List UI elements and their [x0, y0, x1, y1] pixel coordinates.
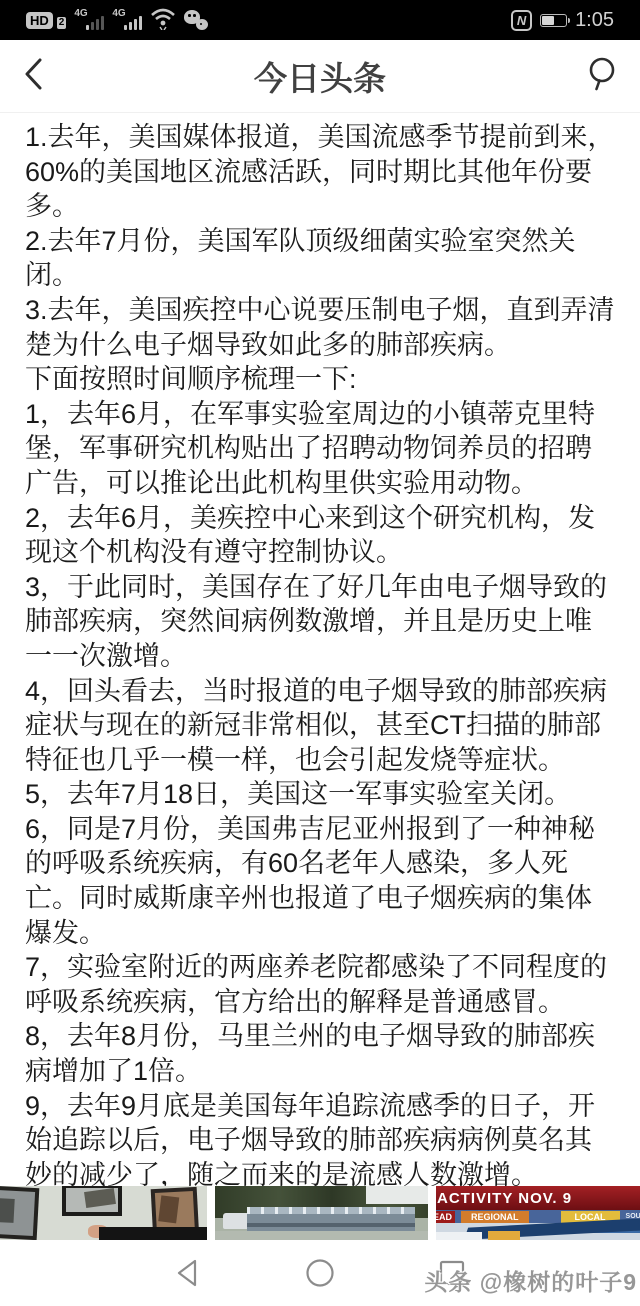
page-title: 今日头条 — [0, 53, 640, 100]
signal-strength-icon-sim2: 4G — [112, 8, 142, 32]
nfc-icon: N — [511, 10, 532, 31]
toutiao-watermark: 头条 @橡树的叶子9 — [424, 1264, 637, 1297]
phone-screen: HD 2 4G 4G — [0, 0, 640, 1306]
status-bar-right: N 1:05 — [511, 9, 614, 32]
picture-frame — [62, 1186, 122, 1216]
article-paragraph: 7，实验室附近的两座养老院都感染了不同程度的呼吸系统疾病，官方给出的解释是普通感… — [25, 950, 617, 1019]
spread-label: EAD — [436, 1211, 455, 1223]
nav-home-icon[interactable] — [305, 1258, 335, 1288]
article-paragraph: 下面按照时间顺序梳理一下: — [25, 362, 617, 397]
article-paragraph: 1，去年6月，在军事实验室周边的小镇蒂克里特堡，军事研究机构贴出了招聘动物饲养员… — [25, 397, 617, 501]
status-bar-left: HD 2 4G 4G — [26, 6, 208, 35]
article-paragraph: 3.去年，美国疾控中心说要压制电子烟，直到弄清楚为什么电子烟导致如此多的肺部疾病… — [25, 293, 617, 362]
battery-icon — [540, 14, 567, 27]
lab-building — [247, 1207, 415, 1231]
nav-back-icon[interactable] — [173, 1258, 203, 1288]
desk-shape — [99, 1227, 207, 1240]
picture-frame — [0, 1186, 39, 1240]
thumbnail-strip: ACTIVITY NOV. 9 EAD REGIONAL LOCAL SOURC — [0, 1186, 640, 1240]
article-paragraph: 2，去年6月，美疾控中心来到这个研究机构，发现这个机构没有遵守控制协议。 — [25, 501, 617, 570]
sim2-badge: 2 — [57, 17, 67, 29]
thumbnail-flu-activity-graphic[interactable]: ACTIVITY NOV. 9 EAD REGIONAL LOCAL SOURC — [436, 1186, 640, 1240]
ground-strip — [215, 1231, 428, 1240]
hd-voice-icon: HD — [26, 12, 53, 29]
wifi-icon — [150, 6, 176, 35]
back-icon[interactable] — [22, 55, 46, 98]
status-bar: HD 2 4G 4G — [0, 0, 640, 40]
article-body: 1.去年，美国媒体报道，美国流感季节提前到来，60%的美国地区流感活跃，同时期比… — [0, 113, 640, 1186]
article-paragraph: 8，去年8月份，马里兰州的电子烟导致的肺部疾病增加了1倍。 — [25, 1019, 617, 1088]
news-banner: ACTIVITY NOV. 9 — [436, 1186, 640, 1210]
article-paragraph: 9，去年9月底是美国每年追踪流感季的日子，开始追踪以后，电子烟导致的肺部疾病病例… — [25, 1089, 617, 1186]
article-paragraph: 3，于此同时，美国存在了好几年由电子烟导致的肺部疾病，突然间病例数激增，并且是历… — [25, 570, 617, 674]
white-building — [366, 1186, 428, 1204]
thumbnail-wall-photos[interactable] — [0, 1186, 207, 1240]
article-paragraph: 6，同是7月份，美国弗吉尼亚州报到了一种神秘的呼吸系统疾病，有60名老年人感染，… — [25, 812, 617, 950]
regional-label: REGIONAL — [461, 1211, 529, 1223]
wechat-icon — [184, 10, 208, 30]
article-paragraph: 5，去年7月18日，美国这一军事实验室关闭。 — [25, 777, 617, 812]
article-paragraph: 4，回头看去，当时报道的电子烟导致的肺部疾病症状与现在的新冠非常相似，甚至CT扫… — [25, 674, 617, 778]
map-graphic — [436, 1223, 640, 1240]
article-paragraph: 1.去年，美国媒体报道，美国流感季节提前到来，60%的美国地区流感活跃，同时期比… — [25, 120, 617, 224]
signal-strength-icon-sim1: 4G — [74, 8, 104, 32]
search-icon[interactable] — [586, 55, 618, 98]
title-bar: 今日头条 — [0, 40, 640, 113]
clock-time: 1:05 — [575, 9, 614, 32]
article-paragraph: 2.去年7月份，美国军队顶级细菌实验室突然关闭。 — [25, 224, 617, 293]
thumbnail-aerial-lab[interactable] — [215, 1186, 428, 1240]
